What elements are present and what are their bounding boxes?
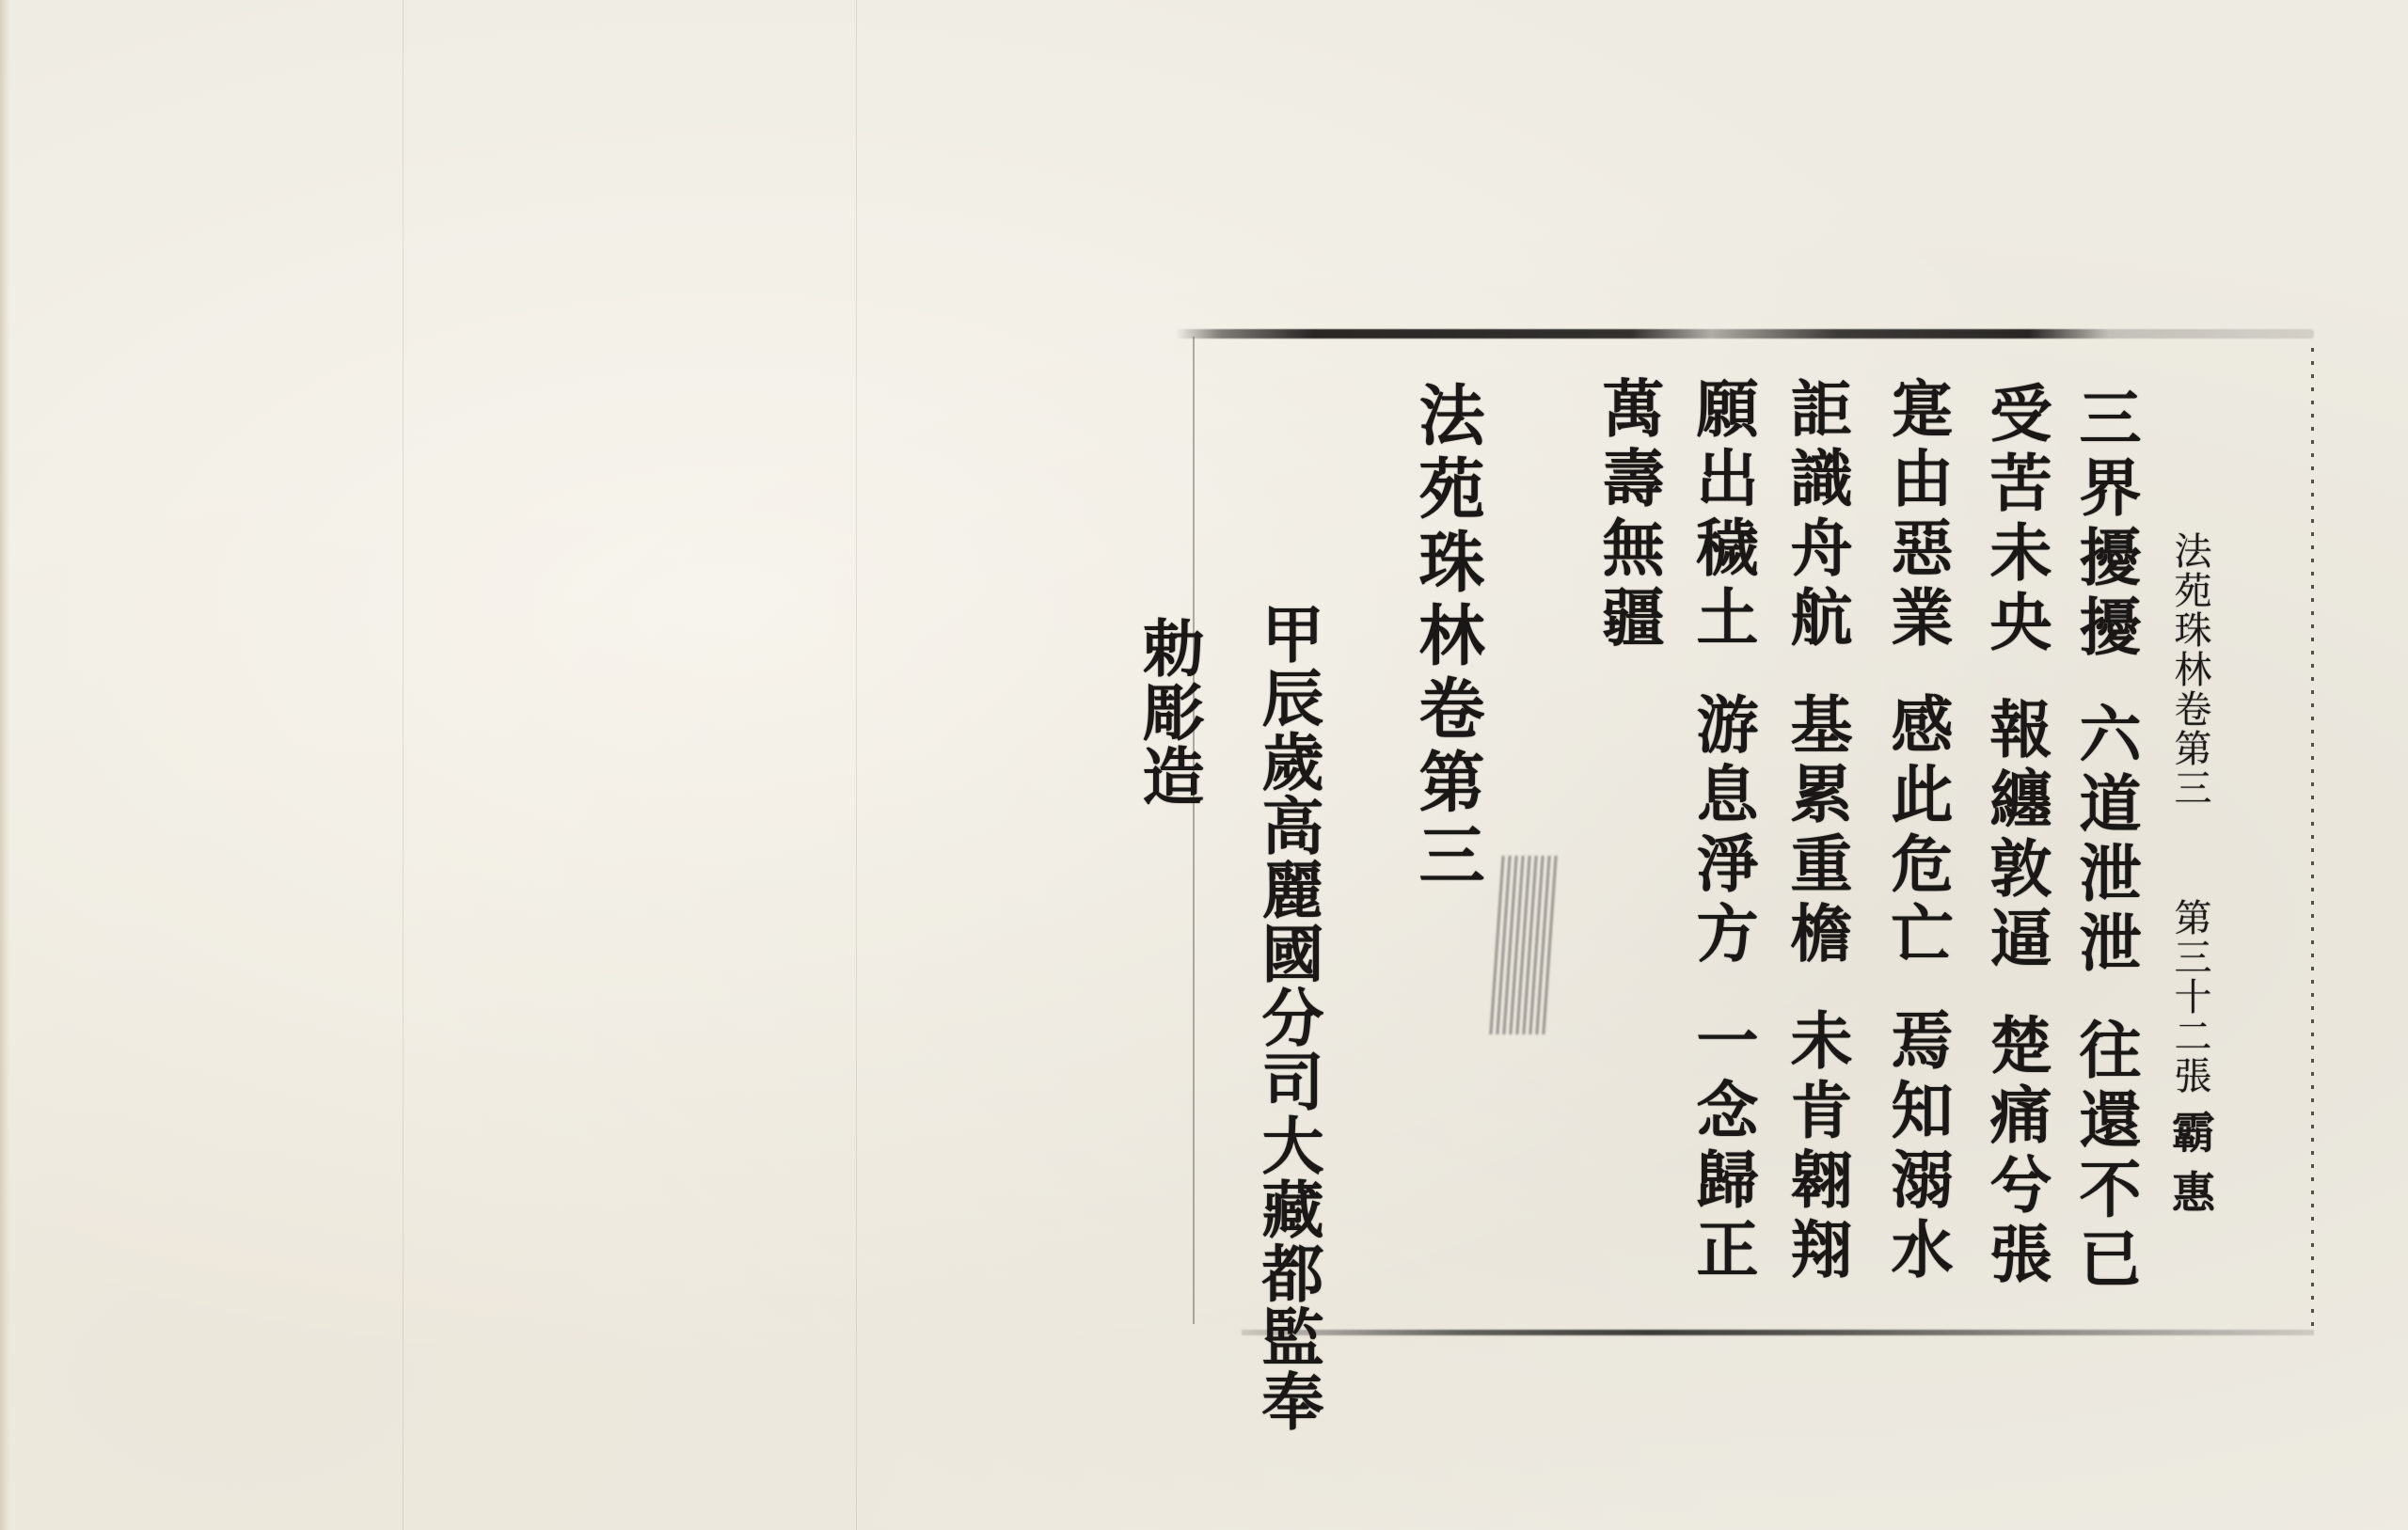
frame-bottom-rule bbox=[1242, 1330, 2314, 1335]
end-title: 法苑珠林卷第三 bbox=[1400, 381, 1495, 894]
verse-phrase: 基累重檐 bbox=[1780, 692, 1853, 970]
verse-phrase: 楚痛兮張 bbox=[1979, 1013, 2052, 1291]
page-edge bbox=[0, 0, 9, 1530]
paper-crease bbox=[403, 0, 404, 1530]
paper-crease bbox=[856, 0, 857, 1530]
frame-right-rule bbox=[2311, 348, 2314, 1326]
margin-title: 法苑珠林卷第三 bbox=[2163, 531, 2217, 808]
colophon-line-2: 勅彫造 bbox=[1124, 616, 1213, 808]
frame-top-rule bbox=[1176, 329, 2314, 339]
verse-phrase: 受苦未央 bbox=[1979, 381, 2052, 659]
verse-column-5: 願出穢土游息淨方一念歸正 bbox=[1691, 376, 1753, 1286]
verse-phrase: 游息淨方 bbox=[1686, 692, 1759, 970]
verse-column-2: 受苦未央報纏敦逼楚痛兮張 bbox=[1985, 381, 2047, 1291]
margin-leaf-number: 第三十二張 bbox=[2163, 898, 2217, 1096]
frame-left-rule bbox=[1193, 337, 1195, 1324]
verse-phrase: 寔由惡業 bbox=[1880, 376, 1954, 655]
verse-phrase: 萬壽無疆 bbox=[1592, 376, 1665, 655]
colophon-line-1: 甲辰歲高麗國分司大藏都監奉 bbox=[1244, 602, 1333, 1433]
verse-phrase: 詎識舟航 bbox=[1780, 376, 1853, 655]
verse-phrase: 一念歸正 bbox=[1686, 1008, 1759, 1286]
verse-phrase: 六道泄泄 bbox=[2068, 702, 2142, 980]
verse-column-3: 寔由惡業感此危亡焉知溺水 bbox=[1886, 376, 1948, 1286]
verse-column-4: 詎識舟航基累重檐未肯翱翔 bbox=[1785, 376, 1847, 1286]
verse-phrase: 感此危亡 bbox=[1880, 692, 1954, 970]
verse-phrase: 焉知溺水 bbox=[1880, 1008, 1954, 1286]
verse-phrase: 願出穢土 bbox=[1686, 376, 1759, 655]
verse-phrase: 三界擾擾 bbox=[2068, 386, 2142, 664]
verse-column-6: 萬壽無疆 bbox=[1597, 376, 1659, 655]
verse-phrase: 未肯翱翔 bbox=[1780, 1008, 1853, 1286]
verse-phrase: 報纏敦逼 bbox=[1979, 697, 2052, 975]
margin-carver-name: 霸惠 bbox=[2160, 1110, 2222, 1230]
verse-phrase: 往還不已 bbox=[2068, 1017, 2142, 1296]
verse-column-1: 三界擾擾六道泄泄往還不已 bbox=[2074, 386, 2136, 1296]
